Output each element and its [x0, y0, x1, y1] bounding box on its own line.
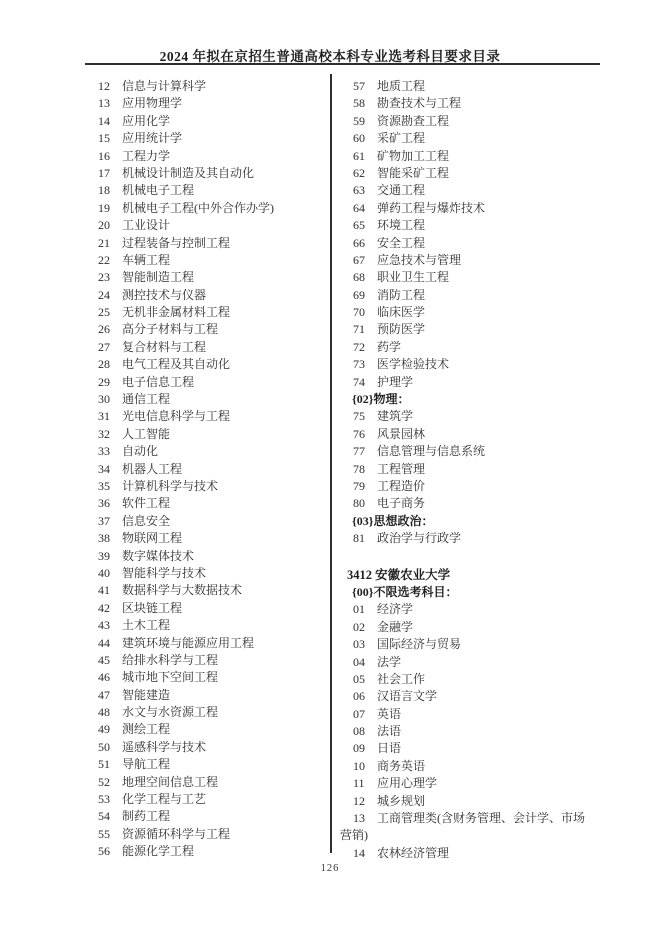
major-name: 信息安全	[122, 513, 170, 530]
major-row: 47智能建造	[96, 687, 328, 704]
major-name: 地质工程	[377, 78, 425, 95]
major-number: 65	[353, 217, 369, 234]
major-number: 57	[353, 78, 369, 95]
major-name: 汉语言文学	[377, 688, 437, 705]
major-name: 法语	[377, 723, 401, 740]
major-number: 05	[353, 671, 369, 688]
major-row: 14应用化学	[96, 113, 328, 130]
major-name: 智能制造工程	[122, 269, 194, 286]
major-name: 金融学	[377, 619, 413, 636]
subject-group-header: {03}思想政治：	[340, 513, 628, 530]
page-number: 126	[0, 863, 660, 874]
major-name: 电子信息工程	[122, 374, 194, 391]
major-name: 智能建造	[122, 687, 170, 704]
major-number: 80	[353, 495, 369, 512]
major-number: 11	[353, 775, 369, 792]
major-number: 73	[353, 356, 369, 373]
major-number: 53	[98, 791, 114, 808]
major-row: 62智能采矿工程	[340, 165, 628, 182]
major-row: 17机械设计制造及其自动化	[96, 165, 328, 182]
major-name: 经济学	[377, 601, 413, 618]
major-row: 48水文与水资源工程	[96, 704, 328, 721]
major-row: 74护理学	[340, 374, 628, 391]
major-name: 电气工程及其自动化	[122, 356, 230, 373]
major-row: 65环境工程	[340, 217, 628, 234]
major-number: 60	[353, 130, 369, 147]
major-row: 22车辆工程	[96, 252, 328, 269]
major-row: 81政治学与行政学	[340, 530, 628, 547]
major-row: 39数字媒体技术	[96, 548, 328, 565]
major-number: 44	[98, 635, 114, 652]
major-name: 自动化	[122, 443, 158, 460]
major-row: 51导航工程	[96, 756, 328, 773]
major-name: 制药工程	[122, 808, 170, 825]
major-number: 55	[98, 826, 114, 843]
major-number: 18	[98, 182, 114, 199]
major-name: 环境工程	[377, 217, 425, 234]
major-number: 23	[98, 269, 114, 286]
major-name: 通信工程	[122, 391, 170, 408]
major-name: 工程力学	[122, 148, 170, 165]
major-name: 化学工程与工艺	[122, 791, 206, 808]
major-row: 45给排水科学与工程	[96, 652, 328, 669]
major-row: 01经济学	[340, 601, 628, 618]
major-number: 72	[353, 339, 369, 356]
major-name: 农林经济管理	[377, 845, 449, 862]
major-row: 16工程力学	[96, 148, 328, 165]
major-number: 69	[353, 287, 369, 304]
major-number: 15	[98, 130, 114, 147]
major-row: 29电子信息工程	[96, 374, 328, 391]
major-name: 预防医学	[377, 321, 425, 338]
major-row-continuation: 营销)	[340, 827, 628, 844]
major-name: 土木工程	[122, 617, 170, 634]
major-number: 35	[98, 478, 114, 495]
major-number: 07	[353, 706, 369, 723]
major-name: 应用统计学	[122, 130, 182, 147]
major-number: 49	[98, 721, 114, 738]
major-row: 10商务英语	[340, 758, 628, 775]
major-number: 21	[98, 235, 114, 252]
major-row: 78工程管理	[340, 461, 628, 478]
left-column: 12信息与计算科学13应用物理学14应用化学15应用统计学16工程力学17机械设…	[96, 78, 328, 861]
major-row: 46城市地下空间工程	[96, 669, 328, 686]
major-row: 36软件工程	[96, 495, 328, 512]
major-number: 63	[353, 182, 369, 199]
major-row: 59资源勘查工程	[340, 113, 628, 130]
major-name: 物联网工程	[122, 530, 182, 547]
major-name: 信息管理与信息系统	[377, 443, 485, 460]
major-name: 数字媒体技术	[122, 548, 194, 565]
major-number: 12	[353, 793, 369, 810]
major-name: 工商管理类(含财务管理、会计学、市场	[377, 810, 585, 827]
major-name: 给排水科学与工程	[122, 652, 218, 669]
major-name: 法学	[377, 654, 401, 671]
major-name: 建筑环境与能源应用工程	[122, 635, 254, 652]
major-row: 42区块链工程	[96, 600, 328, 617]
row-spacer	[340, 548, 628, 567]
major-row: 55资源循环科学与工程	[96, 826, 328, 843]
major-number: 40	[98, 565, 114, 582]
major-name: 日语	[377, 740, 401, 757]
major-row: 66安全工程	[340, 235, 628, 252]
major-row: 52地理空间信息工程	[96, 774, 328, 791]
major-row: 71预防医学	[340, 321, 628, 338]
major-name: 车辆工程	[122, 252, 170, 269]
major-number: 30	[98, 391, 114, 408]
major-number: 16	[98, 148, 114, 165]
major-name: 数据科学与大数据技术	[122, 582, 242, 599]
major-row: 30通信工程	[96, 391, 328, 408]
major-name: 智能采矿工程	[377, 165, 449, 182]
major-name: 药学	[377, 339, 401, 356]
major-name: 工程造价	[377, 478, 425, 495]
major-name: 机械设计制造及其自动化	[122, 165, 254, 182]
major-row: 54制药工程	[96, 808, 328, 825]
major-row: 57地质工程	[340, 78, 628, 95]
major-name: 勘查技术与工程	[377, 95, 461, 112]
major-number: 22	[98, 252, 114, 269]
major-name: 护理学	[377, 374, 413, 391]
major-name: 交通工程	[377, 182, 425, 199]
major-name: 商务英语	[377, 758, 425, 775]
major-number: 70	[353, 304, 369, 321]
major-row: 08法语	[340, 723, 628, 740]
major-number: 26	[98, 321, 114, 338]
major-row: 03国际经济与贸易	[340, 636, 628, 653]
major-number: 31	[98, 408, 114, 425]
major-row: 40智能科学与技术	[96, 565, 328, 582]
major-row: 79工程造价	[340, 478, 628, 495]
major-row: 11应用心理学	[340, 775, 628, 792]
major-name: 遥感科学与技术	[122, 739, 206, 756]
major-number: 71	[353, 321, 369, 338]
major-number: 50	[98, 739, 114, 756]
major-row: 13应用物理学	[96, 95, 328, 112]
major-row: 05社会工作	[340, 671, 628, 688]
major-name: 医学检验技术	[377, 356, 449, 373]
major-row: 07英语	[340, 706, 628, 723]
major-row: 75建筑学	[340, 408, 628, 425]
major-row: 72药学	[340, 339, 628, 356]
major-row: 41数据科学与大数据技术	[96, 582, 328, 599]
major-row: 18机械电子工程	[96, 182, 328, 199]
major-number: 38	[98, 530, 114, 547]
major-name: 高分子材料与工程	[122, 321, 218, 338]
major-number: 51	[98, 756, 114, 773]
major-number: 13	[98, 95, 114, 112]
major-name: 城乡规划	[377, 793, 425, 810]
major-row: 53化学工程与工艺	[96, 791, 328, 808]
major-row: 70临床医学	[340, 304, 628, 321]
major-name: 智能科学与技术	[122, 565, 206, 582]
major-row: 02金融学	[340, 619, 628, 636]
major-row: 20工业设计	[96, 217, 328, 234]
major-row: 12信息与计算科学	[96, 78, 328, 95]
major-name: 采矿工程	[377, 130, 425, 147]
major-number: 12	[98, 78, 114, 95]
major-number: 41	[98, 582, 114, 599]
major-number: 08	[353, 723, 369, 740]
major-name: 机械电子工程	[122, 182, 194, 199]
major-number: 43	[98, 617, 114, 634]
major-number: 04	[353, 654, 369, 671]
major-name: 电子商务	[377, 495, 425, 512]
major-number: 81	[353, 530, 369, 547]
major-number: 48	[98, 704, 114, 721]
major-number: 03	[353, 636, 369, 653]
subject-group-header: {00}不限选考科目：	[340, 584, 628, 601]
major-number: 79	[353, 478, 369, 495]
major-name: 临床医学	[377, 304, 425, 321]
major-number: 52	[98, 774, 114, 791]
subject-group-header: {02}物理：	[340, 391, 628, 408]
major-row: 31光电信息科学与工程	[96, 408, 328, 425]
major-name: 英语	[377, 706, 401, 723]
right-column: 57地质工程58勘查技术与工程59资源勘查工程60采矿工程61矿物加工工程62智…	[340, 78, 628, 862]
major-name: 资源循环科学与工程	[122, 826, 230, 843]
header-rule	[85, 63, 600, 65]
major-row: 19机械电子工程(中外合作办学)	[96, 200, 328, 217]
major-row: 25无机非金属材料工程	[96, 304, 328, 321]
major-number: 67	[353, 252, 369, 269]
major-name: 应急技术与管理	[377, 252, 461, 269]
major-number: 01	[353, 601, 369, 618]
major-number: 78	[353, 461, 369, 478]
major-row: 63交通工程	[340, 182, 628, 199]
major-number: 17	[98, 165, 114, 182]
major-row: 56能源化学工程	[96, 843, 328, 860]
major-number: 58	[353, 95, 369, 112]
major-number: 47	[98, 687, 114, 704]
major-name: 测绘工程	[122, 721, 170, 738]
major-number: 39	[98, 548, 114, 565]
major-number: 06	[353, 688, 369, 705]
major-number: 77	[353, 443, 369, 460]
major-number: 68	[353, 269, 369, 286]
major-name: 国际经济与贸易	[377, 636, 461, 653]
major-name: 信息与计算科学	[122, 78, 206, 95]
major-row: 33自动化	[96, 443, 328, 460]
major-name: 计算机科学与技术	[122, 478, 218, 495]
major-row: 77信息管理与信息系统	[340, 443, 628, 460]
major-number: 09	[353, 740, 369, 757]
major-number: 76	[353, 426, 369, 443]
major-row: 26高分子材料与工程	[96, 321, 328, 338]
major-number: 54	[98, 808, 114, 825]
major-name: 机械电子工程(中外合作办学)	[122, 200, 274, 217]
major-number: 64	[353, 200, 369, 217]
major-row: 76风景园林	[340, 426, 628, 443]
major-name: 机器人工程	[122, 461, 182, 478]
major-name: 工业设计	[122, 217, 170, 234]
major-name: 资源勘查工程	[377, 113, 449, 130]
major-number: 37	[98, 513, 114, 530]
major-row: 24测控技术与仪器	[96, 287, 328, 304]
major-name: 应用化学	[122, 113, 170, 130]
major-name: 测控技术与仪器	[122, 287, 206, 304]
major-name: 矿物加工工程	[377, 148, 449, 165]
major-name: 政治学与行政学	[377, 530, 461, 547]
major-number: 42	[98, 600, 114, 617]
major-row: 44建筑环境与能源应用工程	[96, 635, 328, 652]
major-number: 74	[353, 374, 369, 391]
major-number: 36	[98, 495, 114, 512]
major-row: 67应急技术与管理	[340, 252, 628, 269]
major-number: 45	[98, 652, 114, 669]
major-name: 无机非金属材料工程	[122, 304, 230, 321]
major-name: 应用心理学	[377, 775, 437, 792]
major-row: 23智能制造工程	[96, 269, 328, 286]
major-row: 58勘查技术与工程	[340, 95, 628, 112]
major-name: 光电信息科学与工程	[122, 408, 230, 425]
major-number: 59	[353, 113, 369, 130]
major-row: 50遥感科学与技术	[96, 739, 328, 756]
major-name: 消防工程	[377, 287, 425, 304]
major-name: 社会工作	[377, 671, 425, 688]
major-number: 29	[98, 374, 114, 391]
major-name: 职业卫生工程	[377, 269, 449, 286]
major-number: 56	[98, 843, 114, 860]
major-number: 10	[353, 758, 369, 775]
major-name: 建筑学	[377, 408, 413, 425]
major-row: 28电气工程及其自动化	[96, 356, 328, 373]
major-name: 人工智能	[122, 426, 170, 443]
major-name: 过程装备与控制工程	[122, 235, 230, 252]
major-row: 13工商管理类(含财务管理、会计学、市场	[340, 810, 628, 827]
major-name: 弹药工程与爆炸技术	[377, 200, 485, 217]
major-name: 能源化学工程	[122, 843, 194, 860]
major-row: 06汉语言文学	[340, 688, 628, 705]
major-number: 33	[98, 443, 114, 460]
major-row: 68职业卫生工程	[340, 269, 628, 286]
major-row: 49测绘工程	[96, 721, 328, 738]
major-row: 04法学	[340, 654, 628, 671]
major-row: 35计算机科学与技术	[96, 478, 328, 495]
major-number: 66	[353, 235, 369, 252]
major-name: 复合材料与工程	[122, 339, 206, 356]
major-number: 27	[98, 339, 114, 356]
major-row: 80电子商务	[340, 495, 628, 512]
major-row: 60采矿工程	[340, 130, 628, 147]
major-row: 21过程装备与控制工程	[96, 235, 328, 252]
major-number: 19	[98, 200, 114, 217]
major-number: 25	[98, 304, 114, 321]
major-row: 38物联网工程	[96, 530, 328, 547]
major-name: 城市地下空间工程	[122, 669, 218, 686]
major-row: 34机器人工程	[96, 461, 328, 478]
major-row: 61矿物加工工程	[340, 148, 628, 165]
major-name: 水文与水资源工程	[122, 704, 218, 721]
major-number: 02	[353, 619, 369, 636]
major-row: 73医学检验技术	[340, 356, 628, 373]
major-name: 安全工程	[377, 235, 425, 252]
major-name: 区块链工程	[122, 600, 182, 617]
major-name: 工程管理	[377, 461, 425, 478]
major-name: 软件工程	[122, 495, 170, 512]
major-row: 15应用统计学	[96, 130, 328, 147]
document-page: 2024 年拟在京招生普通高校本科专业选考科目要求目录 12信息与计算科学13应…	[0, 0, 660, 933]
major-number: 75	[353, 408, 369, 425]
major-row: 14农林经济管理	[340, 845, 628, 862]
major-number: 13	[353, 810, 369, 827]
major-number: 34	[98, 461, 114, 478]
column-divider	[330, 74, 332, 853]
major-number: 14	[353, 845, 369, 862]
major-row: 37信息安全	[96, 513, 328, 530]
major-name: 导航工程	[122, 756, 170, 773]
major-number: 20	[98, 217, 114, 234]
major-number: 24	[98, 287, 114, 304]
major-row: 69消防工程	[340, 287, 628, 304]
major-row: 64弹药工程与爆炸技术	[340, 200, 628, 217]
major-number: 14	[98, 113, 114, 130]
major-number: 62	[353, 165, 369, 182]
major-name: 风景园林	[377, 426, 425, 443]
major-row: 27复合材料与工程	[96, 339, 328, 356]
major-name: 应用物理学	[122, 95, 182, 112]
major-number: 46	[98, 669, 114, 686]
major-row: 32人工智能	[96, 426, 328, 443]
major-number: 28	[98, 356, 114, 373]
major-row: 09日语	[340, 740, 628, 757]
page-title: 2024 年拟在京招生普通高校本科专业选考科目要求目录	[0, 45, 660, 65]
school-header: 3412 安徽农业大学	[340, 567, 628, 584]
major-row: 12城乡规划	[340, 793, 628, 810]
major-number: 32	[98, 426, 114, 443]
major-row: 43土木工程	[96, 617, 328, 634]
major-number: 61	[353, 148, 369, 165]
major-name: 地理空间信息工程	[122, 774, 218, 791]
